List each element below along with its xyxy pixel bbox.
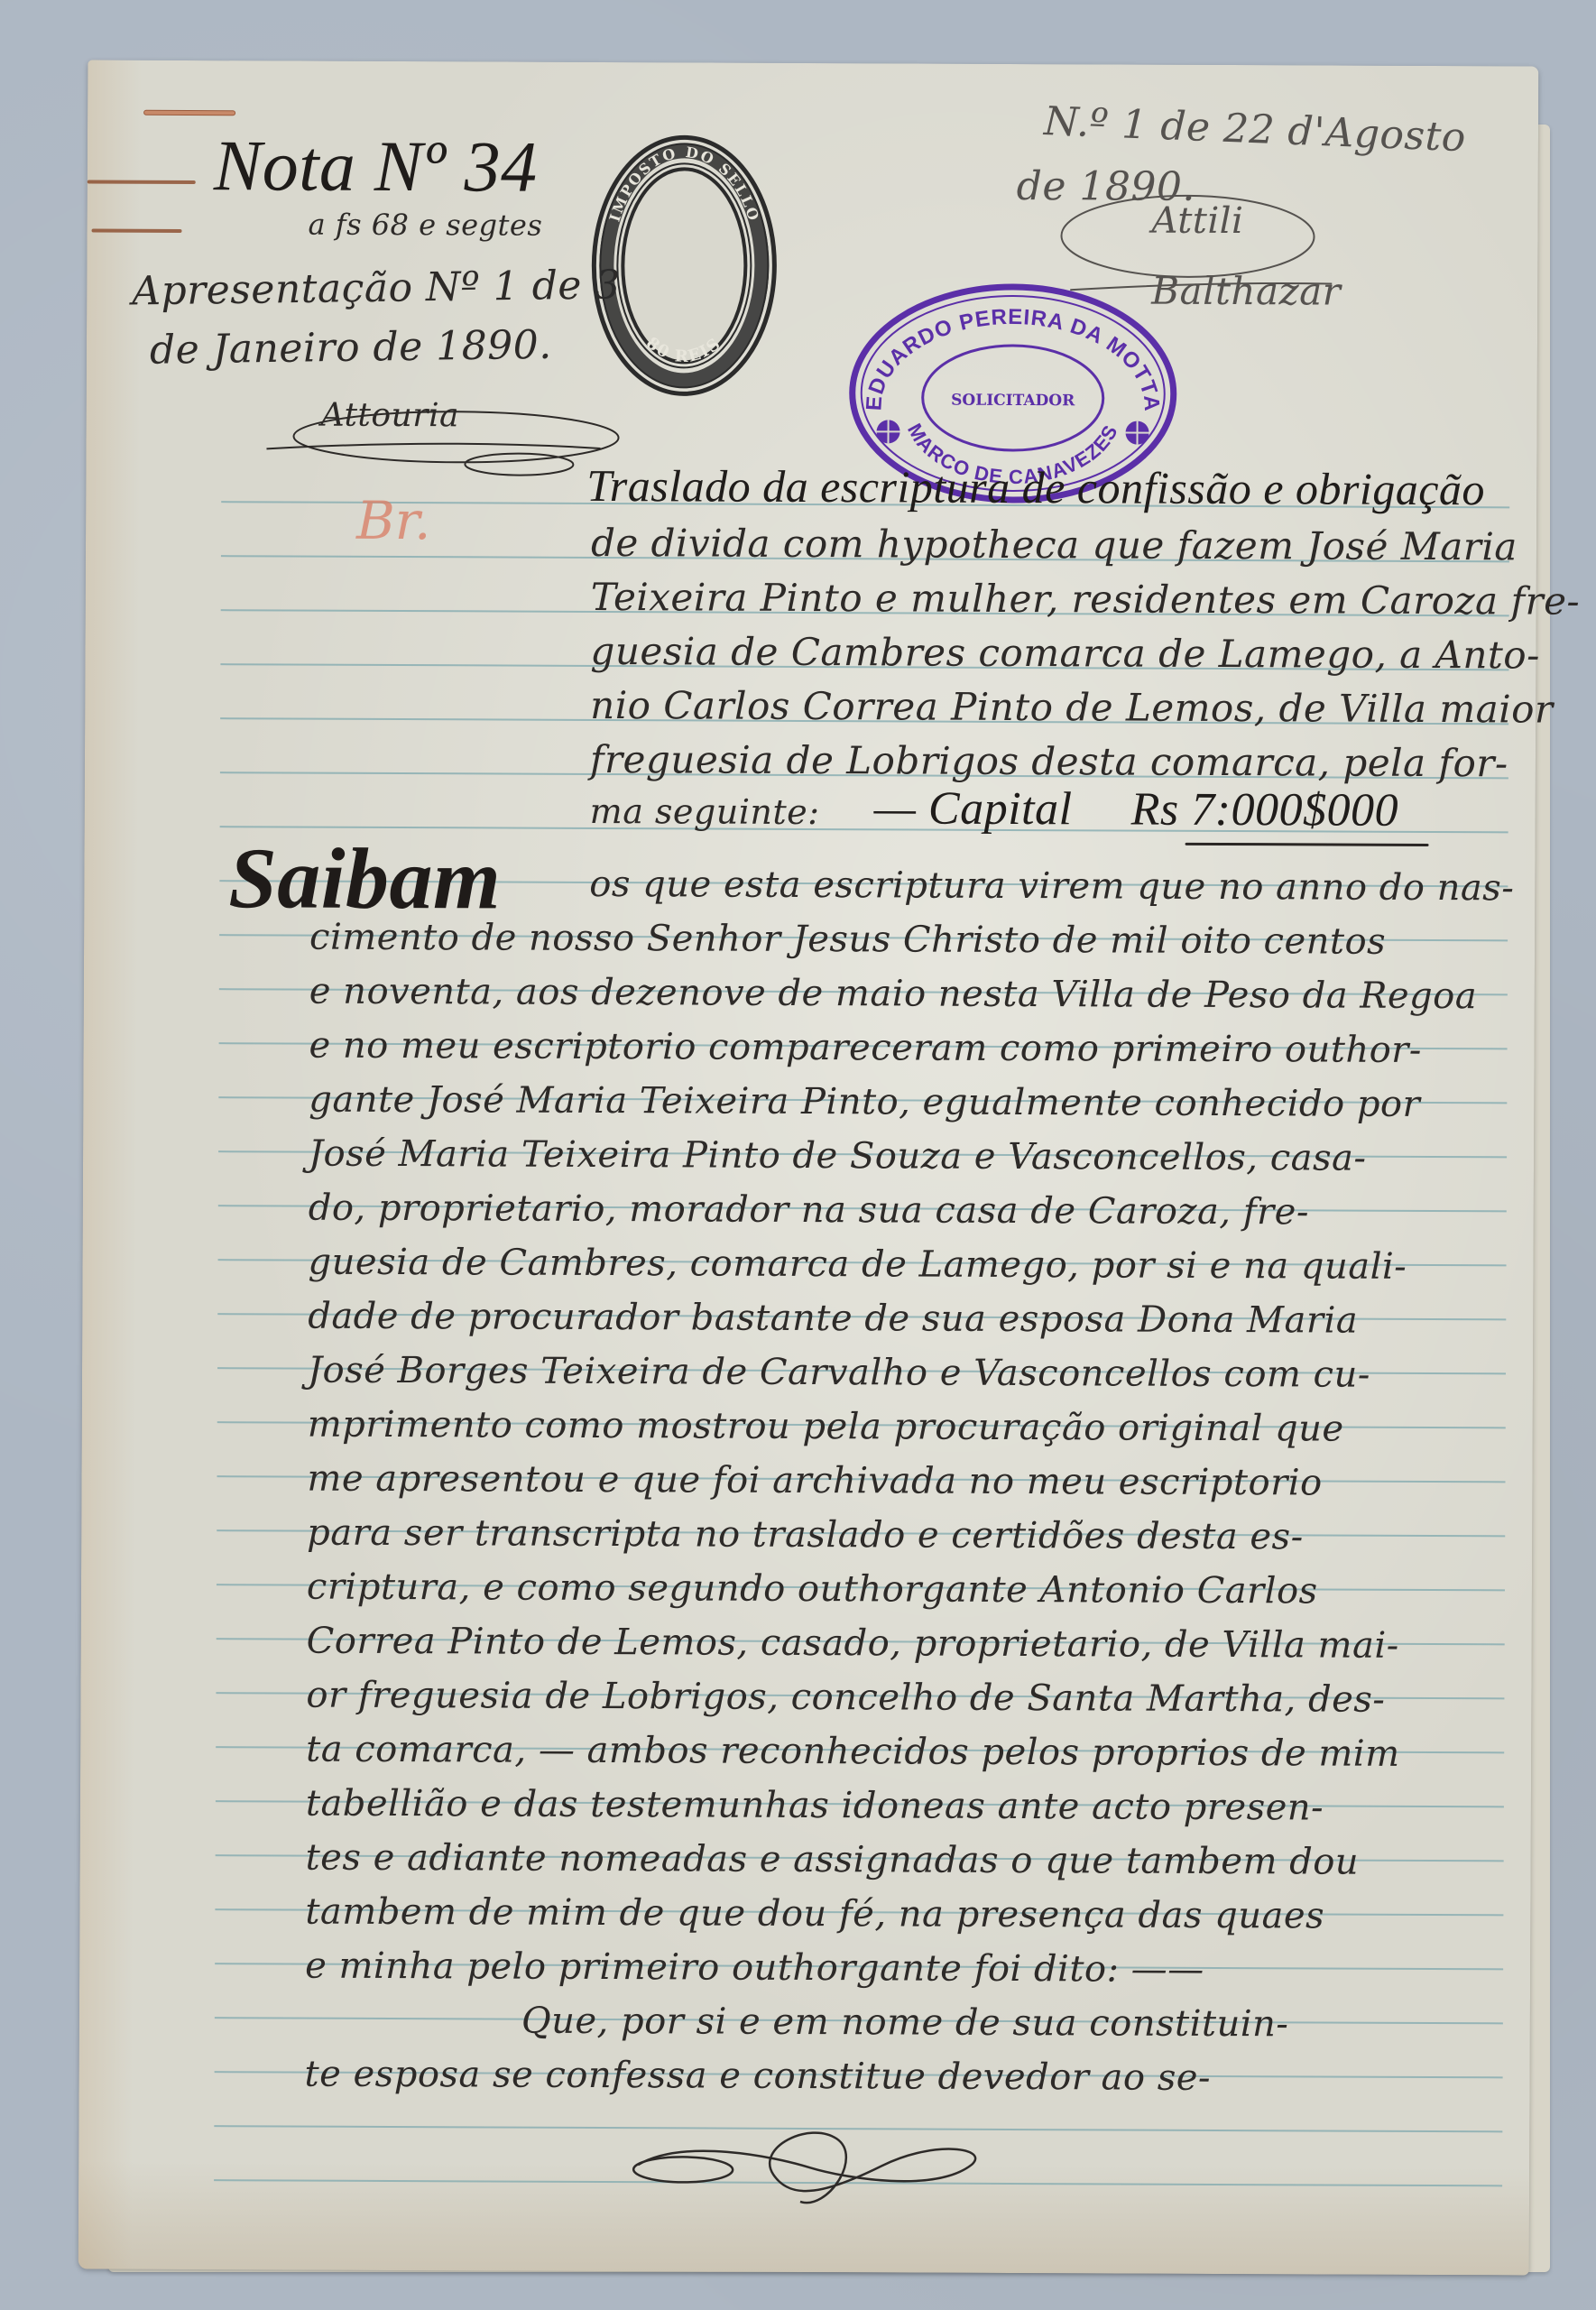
heading-line-6: freguesia de Lobrigos desta comarca, pel… — [590, 737, 1508, 785]
body-line: tes e adiante nomeadas e assignadas o qu… — [306, 1837, 1360, 1883]
apresentacao-line-1: Apresentação Nº 1 de 3 — [132, 262, 621, 314]
rust-mark — [92, 229, 182, 233]
heading-line-5: nio Carlos Correa Pinto de Lemos, de Vil… — [590, 683, 1554, 732]
body-line: me apresentou e que foi archivada no meu… — [307, 1458, 1322, 1504]
body-line: cimento de nosso Senhor Jesus Christo de… — [309, 917, 1386, 963]
registration-signature-2: Balthazar — [1151, 269, 1341, 314]
red-pencil-mark: Br. — [356, 490, 431, 551]
capital-value: Rs 7:000$000 — [1131, 783, 1399, 837]
nota-title: Nota Nº 34 — [214, 125, 538, 209]
body-line: guesia de Cambres, comarca de Lamego, po… — [308, 1242, 1407, 1288]
body-line: or freguesia de Lobrigos, concelho de Sa… — [306, 1675, 1385, 1721]
body-line: tambem de mim de que dou fé, na presença… — [305, 1891, 1324, 1937]
body-line: Correa Pinto de Lemos, casado, proprieta… — [307, 1621, 1399, 1667]
body-line: mprimento como mostrou pela procuração o… — [308, 1404, 1344, 1450]
seal-title: SOLICITADOR — [951, 392, 1075, 411]
opening-word-saibam: Saibam — [228, 827, 501, 929]
heading-line-1: Traslado da escriptura de confissão e ob… — [586, 459, 1485, 515]
body-line: para ser transcripta no traslado e certi… — [307, 1512, 1304, 1558]
body-line: e noventa, aos dezenove de maio nesta Vi… — [309, 971, 1478, 1018]
capital-label: — Capital — [874, 781, 1073, 836]
registration-signature-1: Attili — [1151, 200, 1243, 242]
paragraph-line: te esposa se confessa e constitue devedo… — [305, 2054, 1212, 2099]
closing-flourish — [629, 2111, 991, 2221]
body-line: dade de procurador bastante de sua espos… — [308, 1296, 1358, 1342]
body-line: ta comarca, — ambos reconhecidos pelos p… — [306, 1729, 1400, 1775]
body-line: do, proprietario, morador na sua casa de… — [309, 1187, 1309, 1234]
paragraph-line: Que, por si e em nome de sua constituin- — [521, 2000, 1289, 2046]
folio-reference: a fs 68 e segtes — [308, 208, 542, 243]
document-page: Nota Nº 34 a fs 68 e segtes Apresentação… — [78, 60, 1539, 2276]
body-line: e no meu escriptorio compareceram como p… — [309, 1025, 1422, 1071]
seal-star-left — [877, 420, 900, 443]
heading-line-4: guesia de Cambres comarca de Lamego, a A… — [590, 629, 1540, 678]
staple-mark — [144, 111, 235, 115]
body-line: os que esta escriptura virem que no anno… — [589, 864, 1514, 909]
body-line: gante José Maria Teixeira Pinto, egualme… — [309, 1079, 1420, 1125]
heading-line-7: ma seguinte: — [590, 791, 820, 832]
tax-stamp-imposto-do-sello: IMPOSTO DO SELLO 80 REIS — [587, 130, 782, 402]
signature-flourish-left — [248, 402, 627, 485]
rust-mark — [88, 180, 196, 185]
body-line: José Borges Teixeira de Carvalho e Vasco… — [308, 1350, 1370, 1396]
body-line: José Maria Teixeira Pinto de Souza e Vas… — [309, 1133, 1367, 1179]
heading-line-3: Teixeira Pinto e mulher, residentes em C… — [591, 575, 1581, 624]
apresentacao-line-2: de Janeiro de 1890. — [150, 322, 552, 374]
body-line: e minha pelo primeiro outhorgante foi di… — [305, 1945, 1204, 1991]
seal-star-right — [1126, 421, 1149, 445]
body-line: tabellião e das testemunhas idoneas ante… — [306, 1783, 1324, 1829]
body-line: criptura, e como segundo outhorgante Ant… — [307, 1566, 1318, 1612]
heading-line-2: de divida com hypotheca que fazem José M… — [591, 521, 1518, 568]
